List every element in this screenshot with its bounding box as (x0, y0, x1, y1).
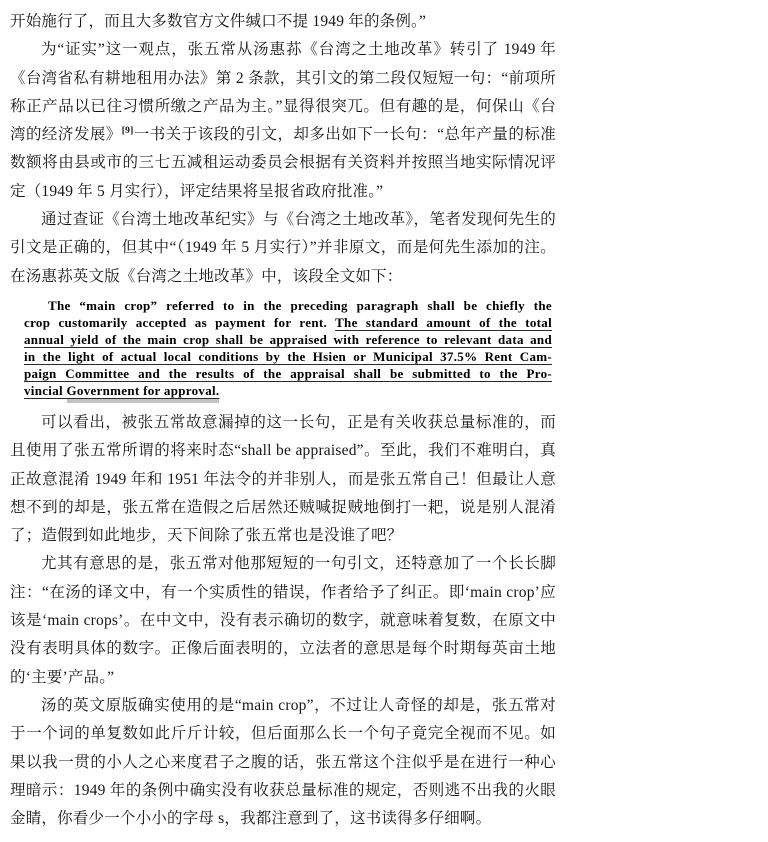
document-page: 开始施行了，而且大多数官方文件缄口不提 1949 年的条例。”为“证实”这一观点… (0, 0, 768, 842)
underlined-text: in the light of actual local conditions … (24, 349, 552, 364)
quote-line: vincial Government for approval. (24, 382, 552, 399)
underlined-text: vincial (24, 383, 67, 398)
paragraph: 为“证实”这一观点，张五常从汤惠荪《台湾之土地改革》转引了 1949 年《台湾省… (10, 36, 556, 206)
underlined-text: annual yield of the main crop shall be a… (24, 332, 552, 347)
quote-line: in the light of actual local conditions … (24, 348, 552, 365)
paragraph: 汤的英文原版确实使用的是“main crop”，不过让人奇怪的却是，张五常对于一… (10, 692, 556, 833)
text-run: 汤的英文原版确实使用的是“main crop”，不过让人奇怪的却是，张五常对于一… (10, 697, 556, 827)
quote-line: The “main crop” referred to in the prece… (24, 297, 552, 314)
text-run: 可以看出，被张五常故意漏掉的这一长句，正是有关收获总量标准的，而且使用了张五常所… (10, 414, 556, 544)
text-run: 开始施行了，而且大多数官方文件缄口不提 1949 年的条例。” (10, 13, 426, 30)
english-quote-block: The “main crop” referred to in the prece… (24, 297, 552, 399)
paragraph: 开始施行了，而且大多数官方文件缄口不提 1949 年的条例。” (10, 8, 556, 36)
paragraph: 可以看出，被张五常故意漏掉的这一长句，正是有关收获总量标准的，而且使用了张五常所… (10, 409, 556, 550)
quote-line: crop customarily accepted as payment for… (24, 314, 552, 331)
paragraph: 尤其有意思的是，张五常对他那短短的一句引文，还特意加了一个长长脚注：“在汤的译文… (10, 550, 556, 691)
paragraph: 通过查证《台湾土地改革纪实》与《台湾之土地改革》，笔者发现何先生的引文是正确的，… (10, 206, 556, 291)
text-run: crop customarily accepted as payment for… (24, 315, 335, 330)
document-content: 开始施行了，而且大多数官方文件缄口不提 1949 年的条例。”为“证实”这一观点… (10, 8, 556, 833)
underlined-text: paign Committee and the results of the a… (24, 366, 552, 381)
quote-line: annual yield of the main crop shall be a… (24, 331, 552, 348)
text-run: 通过查证《台湾土地改革纪实》与《台湾之土地改革》，笔者发现何先生的引文是正确的，… (10, 211, 556, 285)
underlined-text: Government for approval. (67, 383, 220, 398)
text-run: The “main crop” referred to in the prece… (48, 298, 552, 313)
quote-line: paign Committee and the results of the a… (24, 365, 552, 382)
underlined-text: The standard amount of the total (335, 315, 552, 330)
footnote-reference: [9] (122, 126, 134, 136)
text-run: 尤其有意思的是，张五常对他那短短的一句引文，还特意加了一个长长脚注：“在汤的译文… (10, 555, 556, 685)
